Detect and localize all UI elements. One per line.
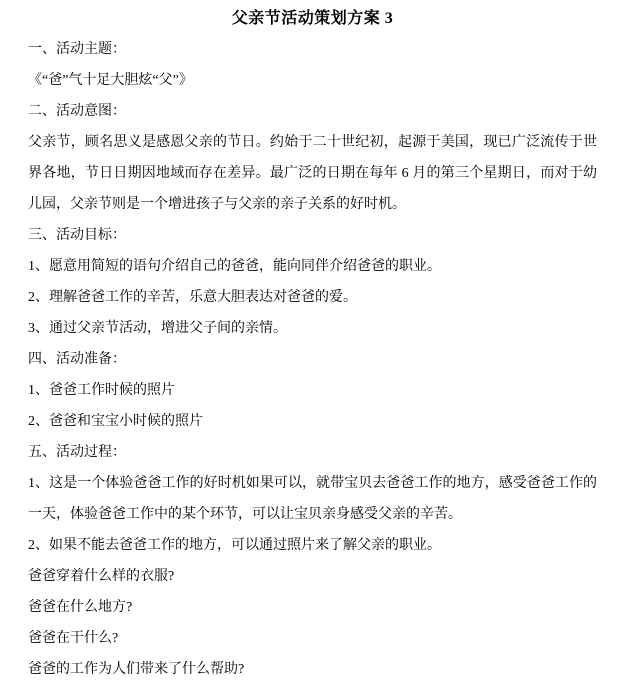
paragraph-heading-process: 五、活动过程：	[28, 437, 597, 468]
paragraph-question-help: 爸爸的工作为人们带来了什么帮助?	[28, 654, 597, 685]
paragraph-goal-3: 3、通过父亲节活动，增进父子间的亲情。	[28, 313, 597, 344]
paragraph-question-place: 爸爸在什么地方?	[28, 592, 597, 623]
paragraph-question-doing: 爸爸在干什么?	[28, 623, 597, 654]
paragraph-heading-goals: 三、活动目标：	[28, 220, 597, 251]
document-page: 父亲节活动策划方案 3 一、活动主题： 《“爸”气十足大胆炫“父”》 二、活动意…	[0, 0, 625, 695]
paragraph-theme-name: 《“爸”气十足大胆炫“父”》	[28, 65, 597, 96]
paragraph-process-1: 1、这是一个体验爸爸工作的好时机如果可以，就带宝贝去爸爸工作的地方，感受爸爸工作…	[28, 468, 597, 530]
paragraph-intent-body: 父亲节，顾名思义是感恩父亲的节日。约始于二十世纪初，起源于美国，现已广泛流传于世…	[28, 127, 597, 220]
paragraph-heading-intent: 二、活动意图：	[28, 96, 597, 127]
paragraph-goal-2: 2、理解爸爸工作的辛苦，乐意大胆表达对爸爸的爱。	[28, 282, 597, 313]
paragraph-heading-theme: 一、活动主题：	[28, 34, 597, 65]
paragraph-goal-1: 1、愿意用简短的语句介绍自己的爸爸，能向同伴介绍爸爸的职业。	[28, 251, 597, 282]
document-title: 父亲节活动策划方案 3	[28, 4, 597, 34]
paragraph-preparation-2: 2、爸爸和宝宝小时候的照片	[28, 406, 597, 437]
paragraph-process-2: 2、如果不能去爸爸工作的地方，可以通过照片来了解父亲的职业。	[28, 530, 597, 561]
paragraph-preparation-1: 1、爸爸工作时候的照片	[28, 375, 597, 406]
paragraph-question-clothes: 爸爸穿着什么样的衣服?	[28, 561, 597, 592]
paragraph-heading-preparation: 四、活动准备：	[28, 344, 597, 375]
